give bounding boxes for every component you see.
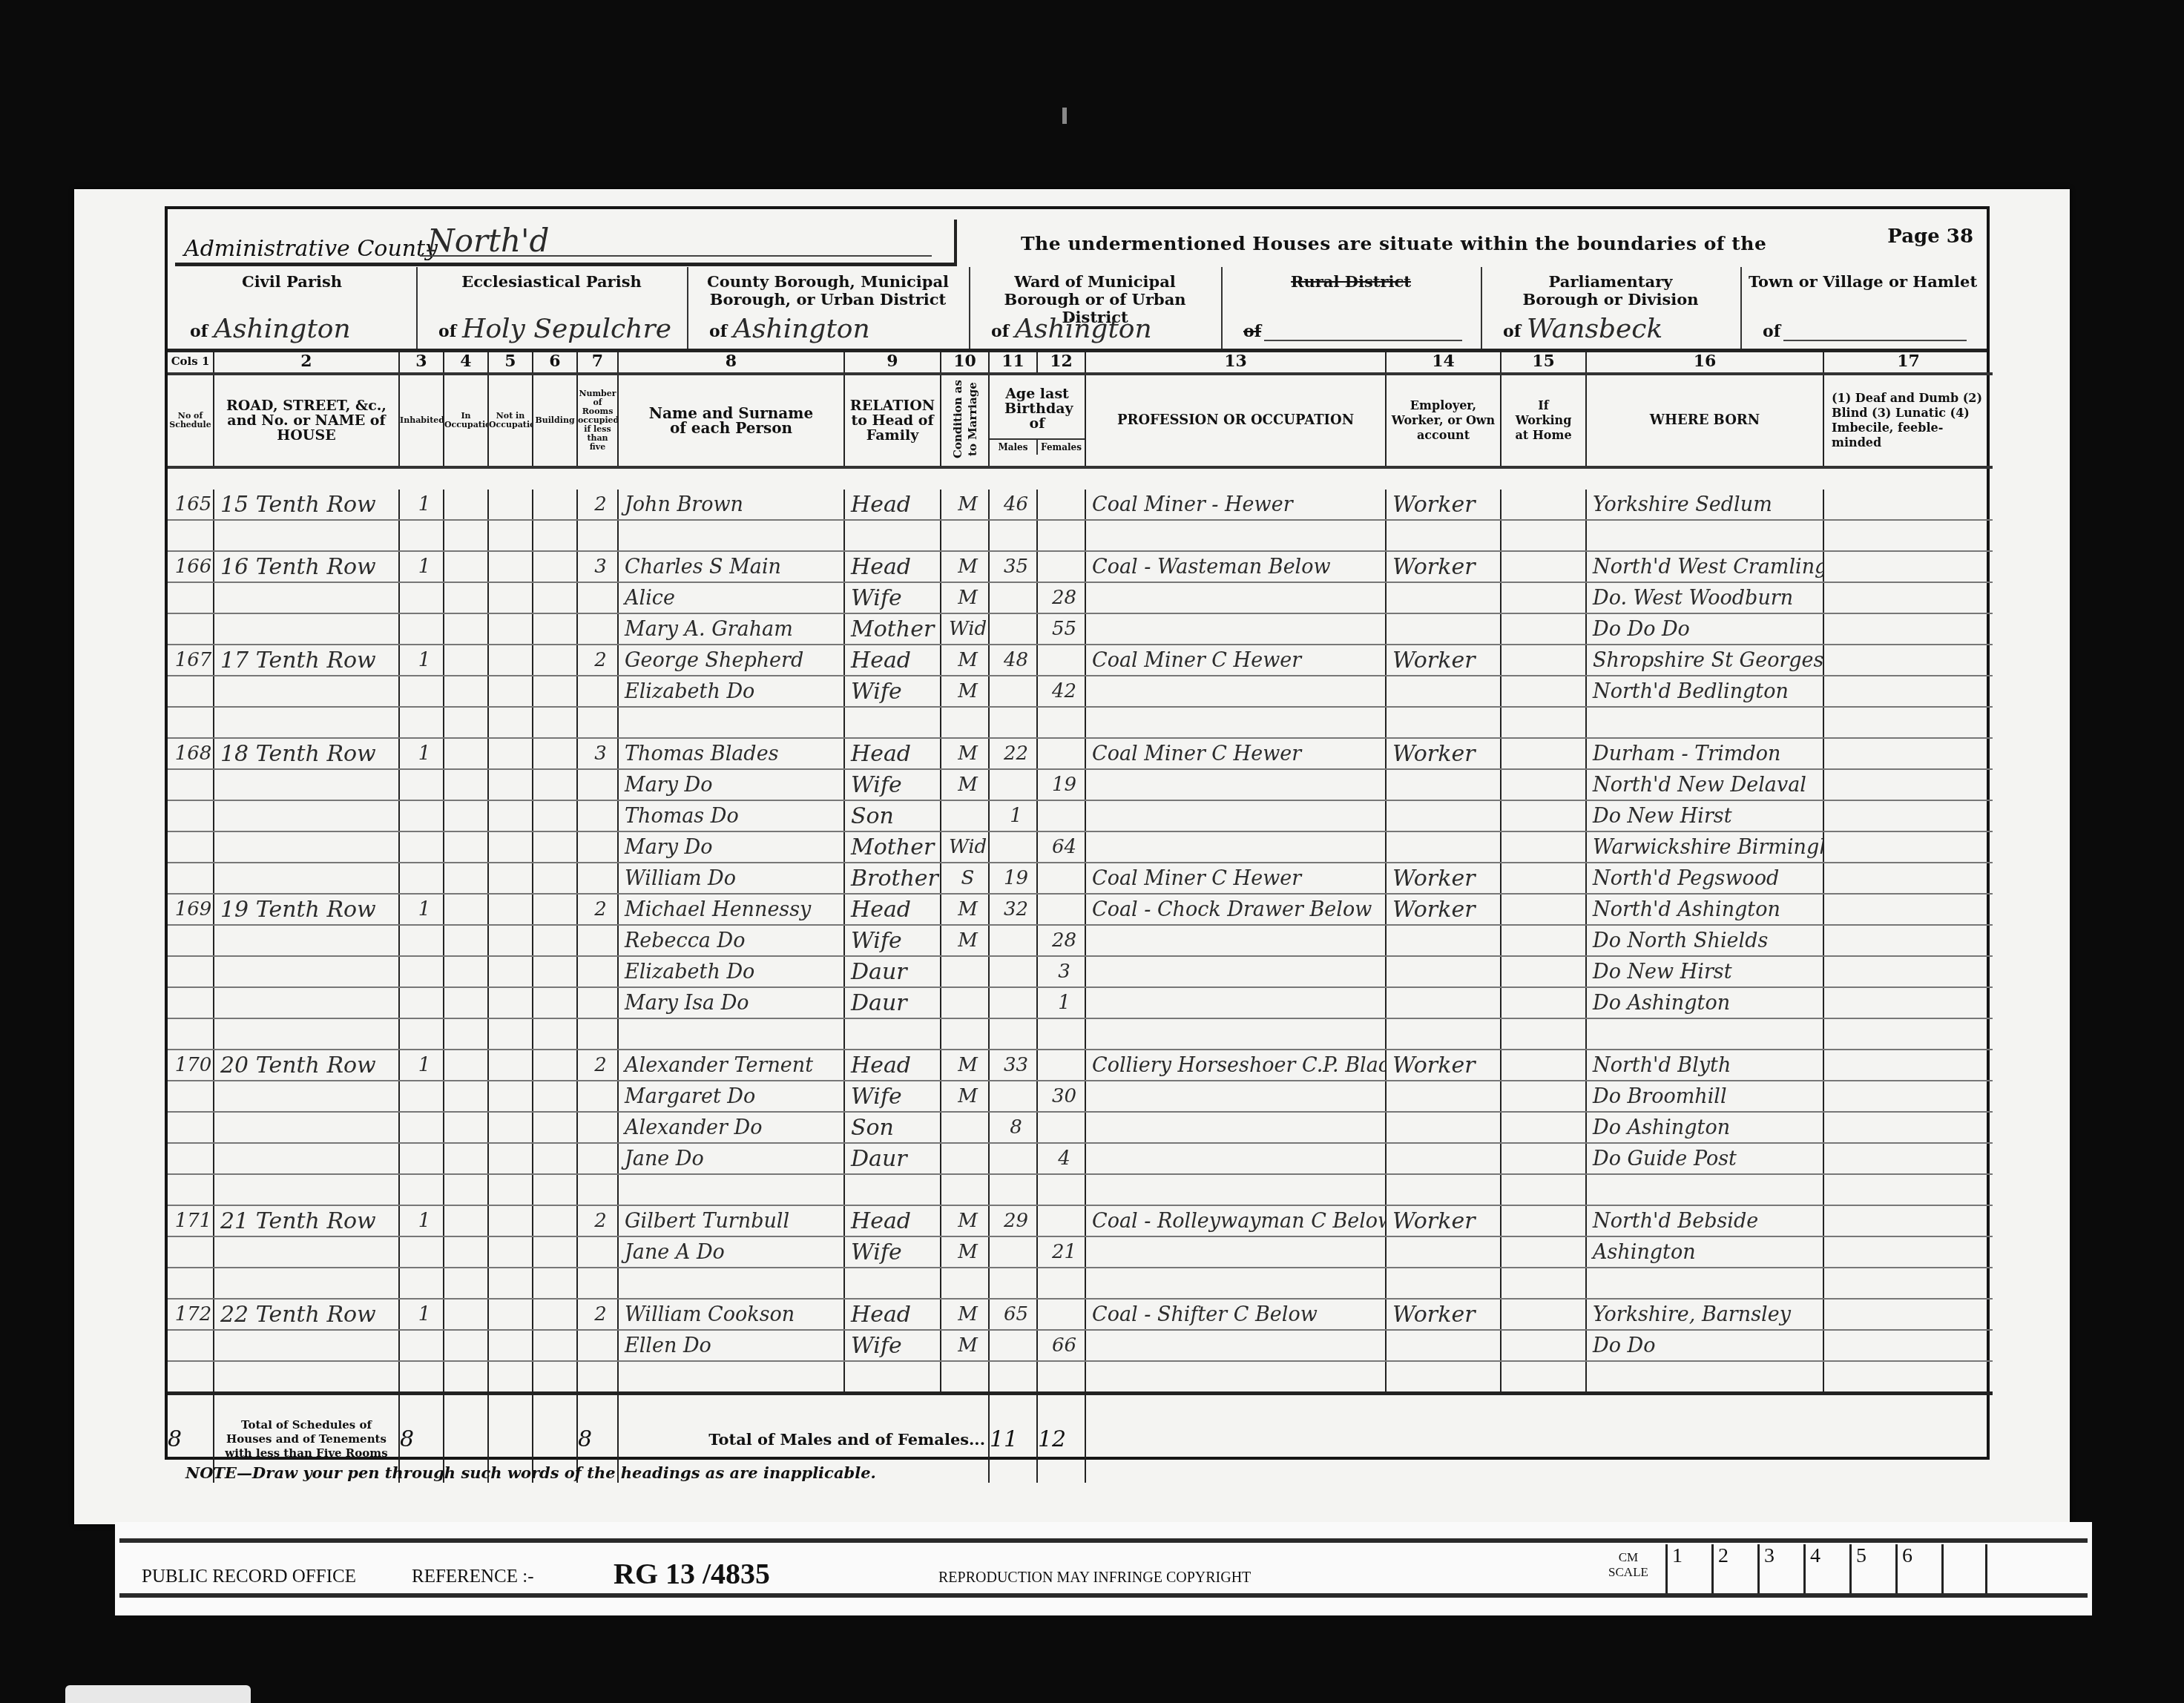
condition-cell: [941, 987, 989, 1018]
area-title: Parliamentary Borough or Division: [1481, 273, 1740, 309]
male-age-cell: [989, 707, 1037, 738]
heading-age: Age last Birthday of Males Females: [989, 374, 1085, 467]
inhabited-cell: [399, 1112, 444, 1143]
inhabited-cell: [399, 863, 444, 894]
relation-cell: Head: [844, 1299, 941, 1330]
schedule-cell: [168, 925, 214, 956]
female-age-cell: 19: [1037, 769, 1085, 800]
cm-scale-label: CM SCALE: [1606, 1550, 1651, 1580]
building-cell: [533, 1112, 577, 1143]
relation-cell: Mother: [844, 831, 941, 863]
table-row: [168, 520, 1993, 551]
heading-condition-text: Condition as to Marriage: [950, 374, 980, 464]
female-age-cell: 28: [1037, 925, 1085, 956]
area-underline: [1783, 340, 1967, 341]
in-occupation-cell: [444, 1205, 488, 1236]
building-cell: [533, 738, 577, 769]
name-cell: Thomas Blades: [618, 738, 844, 769]
road-cell: [214, 1236, 399, 1268]
in-occupation-cell: [444, 800, 488, 831]
table-row: Ellen DoWifeM66Do Do: [168, 1330, 1993, 1361]
rooms-cell: [577, 1236, 618, 1268]
male-age-cell: 22: [989, 738, 1037, 769]
building-cell: [533, 1018, 577, 1050]
infirmity-cell: [1823, 582, 1993, 613]
inhabited-cell: [399, 1143, 444, 1174]
employer-cell: Worker: [1386, 645, 1501, 676]
occupation-cell: [1085, 987, 1386, 1018]
occupation-cell: [1085, 1174, 1386, 1205]
female-age-cell: [1037, 1018, 1085, 1050]
employer-cell: [1386, 769, 1501, 800]
building-cell: [533, 582, 577, 613]
inhabited-cell: [399, 831, 444, 863]
road-cell: [214, 1143, 399, 1174]
road-cell: [214, 1174, 399, 1205]
employer-cell: Worker: [1386, 738, 1501, 769]
working-at-home-cell: [1501, 738, 1586, 769]
area-title: County Borough, Municipal Borough, or Ur…: [687, 273, 969, 309]
name-cell: Alexander Do: [618, 1112, 844, 1143]
employer-cell: [1386, 1143, 1501, 1174]
condition-cell: [941, 1361, 989, 1394]
infirmity-cell: [1823, 769, 1993, 800]
female-age-cell: [1037, 1361, 1085, 1394]
relation-cell: Son: [844, 1112, 941, 1143]
area-parliamentary-borough: Parliamentary Borough or Division of Wan…: [1481, 267, 1742, 349]
census-page: Administrative County North'd The underm…: [74, 189, 2070, 1524]
in-occupation-cell: [444, 956, 488, 987]
col-num: 7: [577, 350, 618, 374]
not-in-occupation-cell: [488, 1143, 533, 1174]
in-occupation-cell: [444, 1081, 488, 1112]
employer-cell: [1386, 707, 1501, 738]
cm-mark: 2: [1711, 1544, 1757, 1593]
relation-cell: Daur: [844, 1143, 941, 1174]
building-cell: [533, 490, 577, 520]
building-cell: [533, 1081, 577, 1112]
col-num: 4: [444, 350, 488, 374]
relation-cell: Wife: [844, 1236, 941, 1268]
female-age-cell: [1037, 1174, 1085, 1205]
inhabited-cell: [399, 987, 444, 1018]
employer-cell: Worker: [1386, 1205, 1501, 1236]
area-ward: Ward of Municipal Borough or of Urban Di…: [969, 267, 1223, 349]
building-cell: [533, 1174, 577, 1205]
in-occupation-cell: [444, 894, 488, 925]
condition-cell: M: [941, 894, 989, 925]
heading-name: Name and Surname of each Person: [618, 374, 844, 467]
in-occupation-cell: [444, 1299, 488, 1330]
infirmity-cell: [1823, 1050, 1993, 1081]
road-cell: [214, 1361, 399, 1394]
area-title: Rural District: [1221, 273, 1481, 291]
inhabited-cell: [399, 1081, 444, 1112]
building-cell: [533, 613, 577, 645]
not-in-occupation-cell: [488, 1299, 533, 1330]
female-age-cell: [1037, 894, 1085, 925]
area-of: of: [438, 322, 456, 341]
rooms-cell: [577, 956, 618, 987]
area-value: Ashington: [733, 314, 870, 344]
condition-cell: M: [941, 738, 989, 769]
cm-mark: [1941, 1544, 1987, 1593]
inhabited-cell: [399, 520, 444, 551]
where-born-cell: Do Broomhill: [1586, 1081, 1823, 1112]
road-cell: [214, 707, 399, 738]
heading-where-born: WHERE BORN: [1586, 374, 1823, 467]
condition-cell: [941, 1268, 989, 1299]
male-age-cell: 35: [989, 551, 1037, 582]
in-occupation-cell: [444, 1268, 488, 1299]
where-born-cell: Durham - Trimdon: [1586, 738, 1823, 769]
in-occupation-cell: [444, 582, 488, 613]
not-in-occupation-cell: [488, 769, 533, 800]
col-num: 17: [1823, 350, 1993, 374]
relation-cell: [844, 520, 941, 551]
area-civil-parish: Civil Parish of Ashington: [168, 267, 418, 349]
road-cell: [214, 1081, 399, 1112]
occupation-cell: [1085, 707, 1386, 738]
condition-cell: Wid: [941, 613, 989, 645]
schedule-cell: [168, 1112, 214, 1143]
female-age-cell: [1037, 645, 1085, 676]
working-at-home-cell: [1501, 1081, 1586, 1112]
column-heading-row: No of Schedule ROAD, STREET, &c., and No…: [168, 374, 1993, 467]
where-born-cell: [1586, 1018, 1823, 1050]
female-age-cell: [1037, 1268, 1085, 1299]
schedule-cell: [168, 1081, 214, 1112]
male-age-cell: [989, 769, 1037, 800]
area-of: of: [1503, 322, 1521, 341]
infirmity-cell: [1823, 1174, 1993, 1205]
census-entries: 16515 Tenth Row12John BrownHeadM46Coal M…: [168, 490, 1993, 1483]
infirmity-cell: [1823, 1143, 1993, 1174]
not-in-occupation-cell: [488, 1081, 533, 1112]
working-at-home-cell: [1501, 863, 1586, 894]
road-cell: [214, 1018, 399, 1050]
name-cell: [618, 1174, 844, 1205]
where-born-cell: North'd Bedlington: [1586, 676, 1823, 707]
area-of: of: [190, 322, 208, 341]
relation-cell: Head: [844, 551, 941, 582]
where-born-cell: North'd Blyth: [1586, 1050, 1823, 1081]
condition-cell: S: [941, 863, 989, 894]
male-age-cell: 65: [989, 1299, 1037, 1330]
area-title: Civil Parish: [168, 273, 416, 291]
occupation-cell: [1085, 676, 1386, 707]
schedule-cell: 167: [168, 645, 214, 676]
name-cell: [618, 1018, 844, 1050]
road-cell: [214, 676, 399, 707]
male-age-cell: [989, 956, 1037, 987]
schedule-cell: [168, 1236, 214, 1268]
not-in-occupation-cell: [488, 863, 533, 894]
employer-cell: [1386, 987, 1501, 1018]
female-age-cell: 1: [1037, 987, 1085, 1018]
employer-cell: Worker: [1386, 490, 1501, 520]
relation-cell: Daur: [844, 987, 941, 1018]
male-age-cell: [989, 613, 1037, 645]
inhabited-cell: 1: [399, 551, 444, 582]
rooms-cell: 3: [577, 738, 618, 769]
relation-cell: [844, 1361, 941, 1394]
inhabited-cell: [399, 1361, 444, 1394]
road-cell: 19 Tenth Row: [214, 894, 399, 925]
col-num: Cols 1: [168, 350, 214, 374]
occupation-cell: [1085, 520, 1386, 551]
employer-cell: Worker: [1386, 1050, 1501, 1081]
schedule-cell: [168, 520, 214, 551]
where-born-cell: Do North Shields: [1586, 925, 1823, 956]
where-born-cell: Shropshire St Georges: [1586, 645, 1823, 676]
table-row: Jane DoDaur4Do Guide Post: [168, 1143, 1993, 1174]
road-cell: [214, 863, 399, 894]
employer-cell: [1386, 800, 1501, 831]
in-occupation-cell: [444, 1143, 488, 1174]
male-age-cell: [989, 1174, 1037, 1205]
rooms-cell: [577, 1361, 618, 1394]
occupation-cell: Coal Miner C Hewer: [1085, 645, 1386, 676]
col-num: 10: [941, 350, 989, 374]
relation-cell: Mother in Law: [844, 613, 941, 645]
occupation-cell: [1085, 1143, 1386, 1174]
heading-not-in-occupation: Not in Occupation: [488, 374, 533, 467]
name-cell: Elizabeth Do: [618, 956, 844, 987]
building-cell: [533, 863, 577, 894]
relation-cell: Head: [844, 645, 941, 676]
not-in-occupation-cell: [488, 613, 533, 645]
inhabited-cell: [399, 956, 444, 987]
working-at-home-cell: [1501, 676, 1586, 707]
not-in-occupation-cell: [488, 894, 533, 925]
area-title: Town or Village or Hamlet: [1740, 273, 1985, 291]
table-row: 17121 Tenth Row12Gilbert TurnbullHeadM29…: [168, 1205, 1993, 1236]
male-age-cell: [989, 831, 1037, 863]
employer-cell: Worker: [1386, 863, 1501, 894]
road-cell: [214, 520, 399, 551]
rooms-cell: [577, 925, 618, 956]
table-row: [168, 1018, 1993, 1050]
not-in-occupation-cell: [488, 676, 533, 707]
building-cell: [533, 956, 577, 987]
name-cell: Mary A. Graham: [618, 613, 844, 645]
table-row: Elizabeth DoWifeM42North'd Bedlington: [168, 676, 1993, 707]
infirmity-cell: [1823, 645, 1993, 676]
road-cell: [214, 1330, 399, 1361]
working-at-home-cell: [1501, 925, 1586, 956]
col-num: 6: [533, 350, 577, 374]
where-born-cell: Do Do Do: [1586, 613, 1823, 645]
working-at-home-cell: [1501, 1143, 1586, 1174]
heading-rooms: Number of Rooms occupied if less than fi…: [577, 374, 618, 467]
area-of: of: [1243, 322, 1261, 341]
strip-rule-bottom: [119, 1593, 2088, 1598]
boundary-statement: The undermentioned Houses are situate wi…: [1021, 233, 1766, 254]
road-cell: 17 Tenth Row: [214, 645, 399, 676]
occupation-cell: [1085, 1268, 1386, 1299]
cm-mark: 4: [1803, 1544, 1849, 1593]
census-table: Cols 1 2 3 4 5 6 7 8 9 10 11 12 13 14 15…: [168, 350, 1993, 469]
schedule-cell: [168, 1361, 214, 1394]
female-age-cell: 30: [1037, 1081, 1085, 1112]
working-at-home-cell: [1501, 613, 1586, 645]
infirmity-cell: [1823, 1205, 1993, 1236]
name-cell: Thomas Do: [618, 800, 844, 831]
not-in-occupation-cell: [488, 490, 533, 520]
relation-cell: Wife: [844, 925, 941, 956]
name-cell: Mary Do: [618, 769, 844, 800]
schedule-cell: [168, 1143, 214, 1174]
where-born-cell: Do. West Woodburn: [1586, 582, 1823, 613]
where-born-cell: Do Do: [1586, 1330, 1823, 1361]
condition-cell: M: [941, 1299, 989, 1330]
where-born-cell: Yorkshire Sedlum: [1586, 490, 1823, 520]
heading-females: Females: [1038, 440, 1085, 455]
rooms-cell: [577, 831, 618, 863]
occupation-cell: [1085, 1081, 1386, 1112]
female-age-cell: 42: [1037, 676, 1085, 707]
area-title: Ecclesiastical Parish: [416, 273, 687, 291]
not-in-occupation-cell: [488, 1268, 533, 1299]
schedule-cell: [168, 863, 214, 894]
inhabited-cell: [399, 769, 444, 800]
female-age-cell: 28: [1037, 582, 1085, 613]
not-in-occupation-cell: [488, 1174, 533, 1205]
heading-schedule: No of Schedule: [168, 374, 214, 467]
occupation-cell: [1085, 582, 1386, 613]
name-cell: [618, 1268, 844, 1299]
condition-cell: Wid: [941, 831, 989, 863]
inhabited-cell: 1: [399, 1205, 444, 1236]
form-note: NOTE—Draw your pen through such words of…: [185, 1463, 876, 1482]
employer-cell: [1386, 1174, 1501, 1205]
inhabited-cell: [399, 1268, 444, 1299]
employer-cell: Worker: [1386, 1299, 1501, 1330]
condition-cell: [941, 956, 989, 987]
road-cell: 16 Tenth Row: [214, 551, 399, 582]
not-in-occupation-cell: [488, 1236, 533, 1268]
condition-cell: M: [941, 582, 989, 613]
rooms-cell: 2: [577, 1299, 618, 1330]
relation-cell: Son: [844, 800, 941, 831]
not-in-occupation-cell: [488, 738, 533, 769]
heading-relation: RELATION to Head of Family: [844, 374, 941, 467]
employer-cell: Worker: [1386, 551, 1501, 582]
occupation-cell: [1085, 1236, 1386, 1268]
infirmity-cell: [1823, 1268, 1993, 1299]
condition-cell: M: [941, 925, 989, 956]
male-age-cell: [989, 1236, 1037, 1268]
name-cell: John Brown: [618, 490, 844, 520]
name-cell: Mary Do: [618, 831, 844, 863]
occupation-cell: [1085, 1018, 1386, 1050]
female-age-cell: [1037, 863, 1085, 894]
inhabited-cell: 1: [399, 490, 444, 520]
inhabited-cell: [399, 582, 444, 613]
total-females: 12: [1037, 1394, 1085, 1483]
area-of: of: [709, 322, 727, 341]
relation-cell: Wife: [844, 1081, 941, 1112]
female-age-cell: [1037, 707, 1085, 738]
employer-cell: [1386, 1268, 1501, 1299]
infirmity-cell: [1823, 551, 1993, 582]
name-cell: Gilbert Turnbull: [618, 1205, 844, 1236]
name-cell: William Do: [618, 863, 844, 894]
where-born-cell: Do Ashington: [1586, 987, 1823, 1018]
col-num: 3: [399, 350, 444, 374]
where-born-cell: North'd Pegswood: [1586, 863, 1823, 894]
name-cell: William Cookson: [618, 1299, 844, 1330]
road-cell: 15 Tenth Row: [214, 490, 399, 520]
male-age-cell: [989, 1268, 1037, 1299]
area-town-village: Town or Village or Hamlet of: [1740, 267, 1985, 349]
working-at-home-cell: [1501, 987, 1586, 1018]
table-row: [168, 707, 1993, 738]
building-cell: [533, 769, 577, 800]
inhabited-cell: [399, 1330, 444, 1361]
infirmity-cell: [1823, 956, 1993, 987]
relation-cell: Wife: [844, 676, 941, 707]
name-cell: Ellen Do: [618, 1330, 844, 1361]
working-at-home-cell: [1501, 1112, 1586, 1143]
employer-cell: Worker: [1386, 894, 1501, 925]
table-row: [168, 1268, 1993, 1299]
road-cell: 20 Tenth Row: [214, 1050, 399, 1081]
infirmity-cell: [1823, 800, 1993, 831]
col-num: 12: [1037, 350, 1085, 374]
building-cell: [533, 1299, 577, 1330]
rooms-cell: [577, 1018, 618, 1050]
inhabited-cell: 1: [399, 1299, 444, 1330]
working-at-home-cell: [1501, 1268, 1586, 1299]
inhabited-cell: 1: [399, 894, 444, 925]
area-designations: Civil Parish of Ashington Ecclesiastical…: [168, 267, 1987, 352]
name-cell: George Shepherd: [618, 645, 844, 676]
page-number: Page 38: [1887, 225, 1973, 248]
male-age-cell: 46: [989, 490, 1037, 520]
building-cell: [533, 800, 577, 831]
public-record-office-label: PUBLIC RECORD OFFICE: [142, 1567, 356, 1587]
relation-cell: Daur: [844, 956, 941, 987]
condition-cell: M: [941, 1236, 989, 1268]
building-cell: [533, 645, 577, 676]
relation-cell: [844, 1268, 941, 1299]
in-occupation-cell: [444, 1330, 488, 1361]
heading-working-home: If Working at Home: [1501, 374, 1586, 467]
schedule-cell: [168, 956, 214, 987]
heading-building: Building: [533, 374, 577, 467]
not-in-occupation-cell: [488, 1330, 533, 1361]
in-occupation-cell: [444, 769, 488, 800]
male-age-cell: [989, 1330, 1037, 1361]
infirmity-cell: [1823, 1081, 1993, 1112]
male-age-cell: [989, 676, 1037, 707]
name-cell: Rebecca Do: [618, 925, 844, 956]
col-num: 11: [989, 350, 1037, 374]
working-at-home-cell: [1501, 490, 1586, 520]
rooms-cell: [577, 707, 618, 738]
name-cell: Alice: [618, 582, 844, 613]
name-cell: [618, 707, 844, 738]
road-cell: [214, 831, 399, 863]
building-cell: [533, 987, 577, 1018]
infirmity-cell: [1823, 863, 1993, 894]
name-cell: [618, 520, 844, 551]
relation-cell: Brother: [844, 863, 941, 894]
working-at-home-cell: [1501, 769, 1586, 800]
working-at-home-cell: [1501, 1018, 1586, 1050]
